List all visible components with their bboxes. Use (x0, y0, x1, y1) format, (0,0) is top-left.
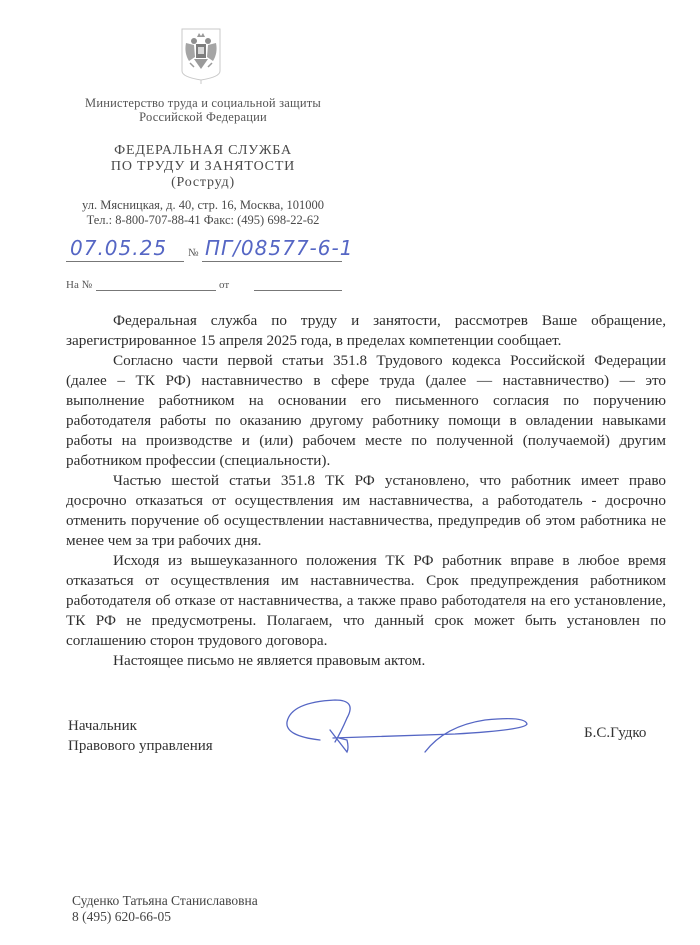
number-underline (202, 261, 342, 262)
ref-date-blank (254, 290, 342, 291)
ref-number-label: На № (66, 279, 92, 291)
service-line-1: ФЕДЕРАЛЬНАЯ СЛУЖБА (58, 143, 348, 159)
paragraph: Исходя из вышеуказанного положения ТК РФ… (66, 551, 666, 651)
handwritten-signature-icon (275, 690, 540, 765)
executor-phone: 8 (495) 620-66-05 (72, 909, 258, 925)
registration-date: 07.05.25 (70, 236, 167, 260)
address-line: ул. Мясницкая, д. 40, стр. 16, Москва, 1… (58, 198, 348, 213)
service-address: ул. Мясницкая, д. 40, стр. 16, Москва, 1… (58, 198, 348, 228)
executor-name: Суденко Татьяна Станиславовна (72, 893, 258, 909)
service-name: ФЕДЕРАЛЬНАЯ СЛУЖБА ПО ТРУДУ И ЗАНЯТОСТИ … (58, 143, 348, 191)
ref-number-blank (96, 290, 216, 291)
contact-line: Тел.: 8-800-707-88-41 Факс: (495) 698-22… (58, 213, 348, 228)
paragraph: Настоящее письмо не является правовым ак… (66, 651, 666, 671)
ministry-line-1: Министерство труда и социальной защиты (58, 96, 348, 110)
signer-name: Б.С.Гудко (584, 725, 646, 742)
service-line-3: (Роструд) (58, 175, 348, 191)
signer-title: Начальник Правового управления (68, 716, 213, 756)
date-underline (66, 261, 184, 262)
number-label: № (188, 247, 199, 259)
ministry-line-2: Российской Федерации (58, 110, 348, 124)
registration-number: ПГ/08577-6-1 (205, 236, 353, 260)
executor-info: Суденко Татьяна Станиславовна 8 (495) 62… (72, 893, 258, 925)
letter-body: Федеральная служба по труду и занятости,… (66, 311, 666, 671)
service-line-2: ПО ТРУДУ И ЗАНЯТОСТИ (58, 159, 348, 175)
coat-of-arms-icon (180, 27, 222, 83)
signer-title-line-2: Правового управления (68, 736, 213, 756)
signer-title-line-1: Начальник (68, 716, 213, 736)
paragraph: Согласно части первой статьи 351.8 Трудо… (66, 351, 666, 471)
paragraph: Федеральная служба по труду и занятости,… (66, 311, 666, 351)
ministry-name: Министерство труда и социальной защиты Р… (58, 96, 348, 124)
paragraph: Частью шестой статьи 351.8 ТК РФ установ… (66, 471, 666, 551)
ref-from-label: от (219, 279, 229, 291)
reference-line: На № от (66, 279, 356, 293)
